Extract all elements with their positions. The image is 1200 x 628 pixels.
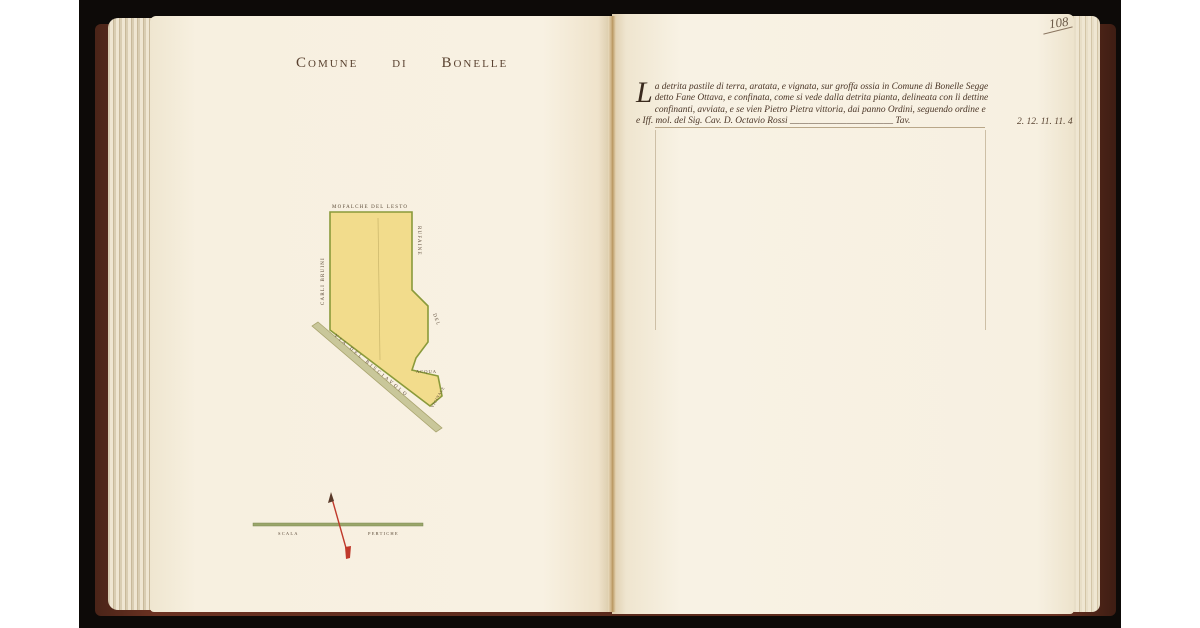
ruled-line-right <box>985 130 986 330</box>
entry-line-1: a detrita pastile di terra, aratata, e v… <box>655 82 988 93</box>
page-edges-left <box>108 18 156 610</box>
entry-line-4: e Iff. mol. del Sig. Cav. D. Octavio Ros… <box>636 116 988 127</box>
map-title: Comune di Bonelle <box>296 55 486 72</box>
scale-label-left: Scala <box>278 531 299 536</box>
label-west: Carli Bruini <box>321 257 326 305</box>
entry-line-2: detto Fane Ottava, e confinata, come si … <box>655 93 988 104</box>
label-north: Mofalche del Lesto <box>332 205 408 210</box>
scale-label-right: Pertiche <box>368 531 399 536</box>
entry-line-3: confinanti, avviata, e se vien Pietro Pi… <box>655 105 988 116</box>
map-title-word-2: di <box>392 55 408 71</box>
map-title-word-3: Bonelle <box>441 55 508 71</box>
ruled-line-left <box>655 130 656 330</box>
page-edges-right <box>1070 16 1100 612</box>
entry-initial: L <box>636 80 653 106</box>
map-title-word-1: Comune <box>296 55 358 71</box>
label-east: Rufaine <box>416 226 421 256</box>
label-south-notch: Acqua <box>416 369 437 374</box>
entry-value: 2. 12. 11. 11. 4 <box>1017 117 1073 127</box>
scale-bar <box>253 523 423 526</box>
ruled-line-horizontal <box>655 127 985 128</box>
register-entry: L a detrita pastile di terra, aratata, e… <box>636 82 988 127</box>
parcel-map: Mofalche del Lesto Carli Bruini Rufaine … <box>230 190 470 570</box>
book-gutter <box>608 16 616 612</box>
label-east-lower: del <box>431 313 440 327</box>
